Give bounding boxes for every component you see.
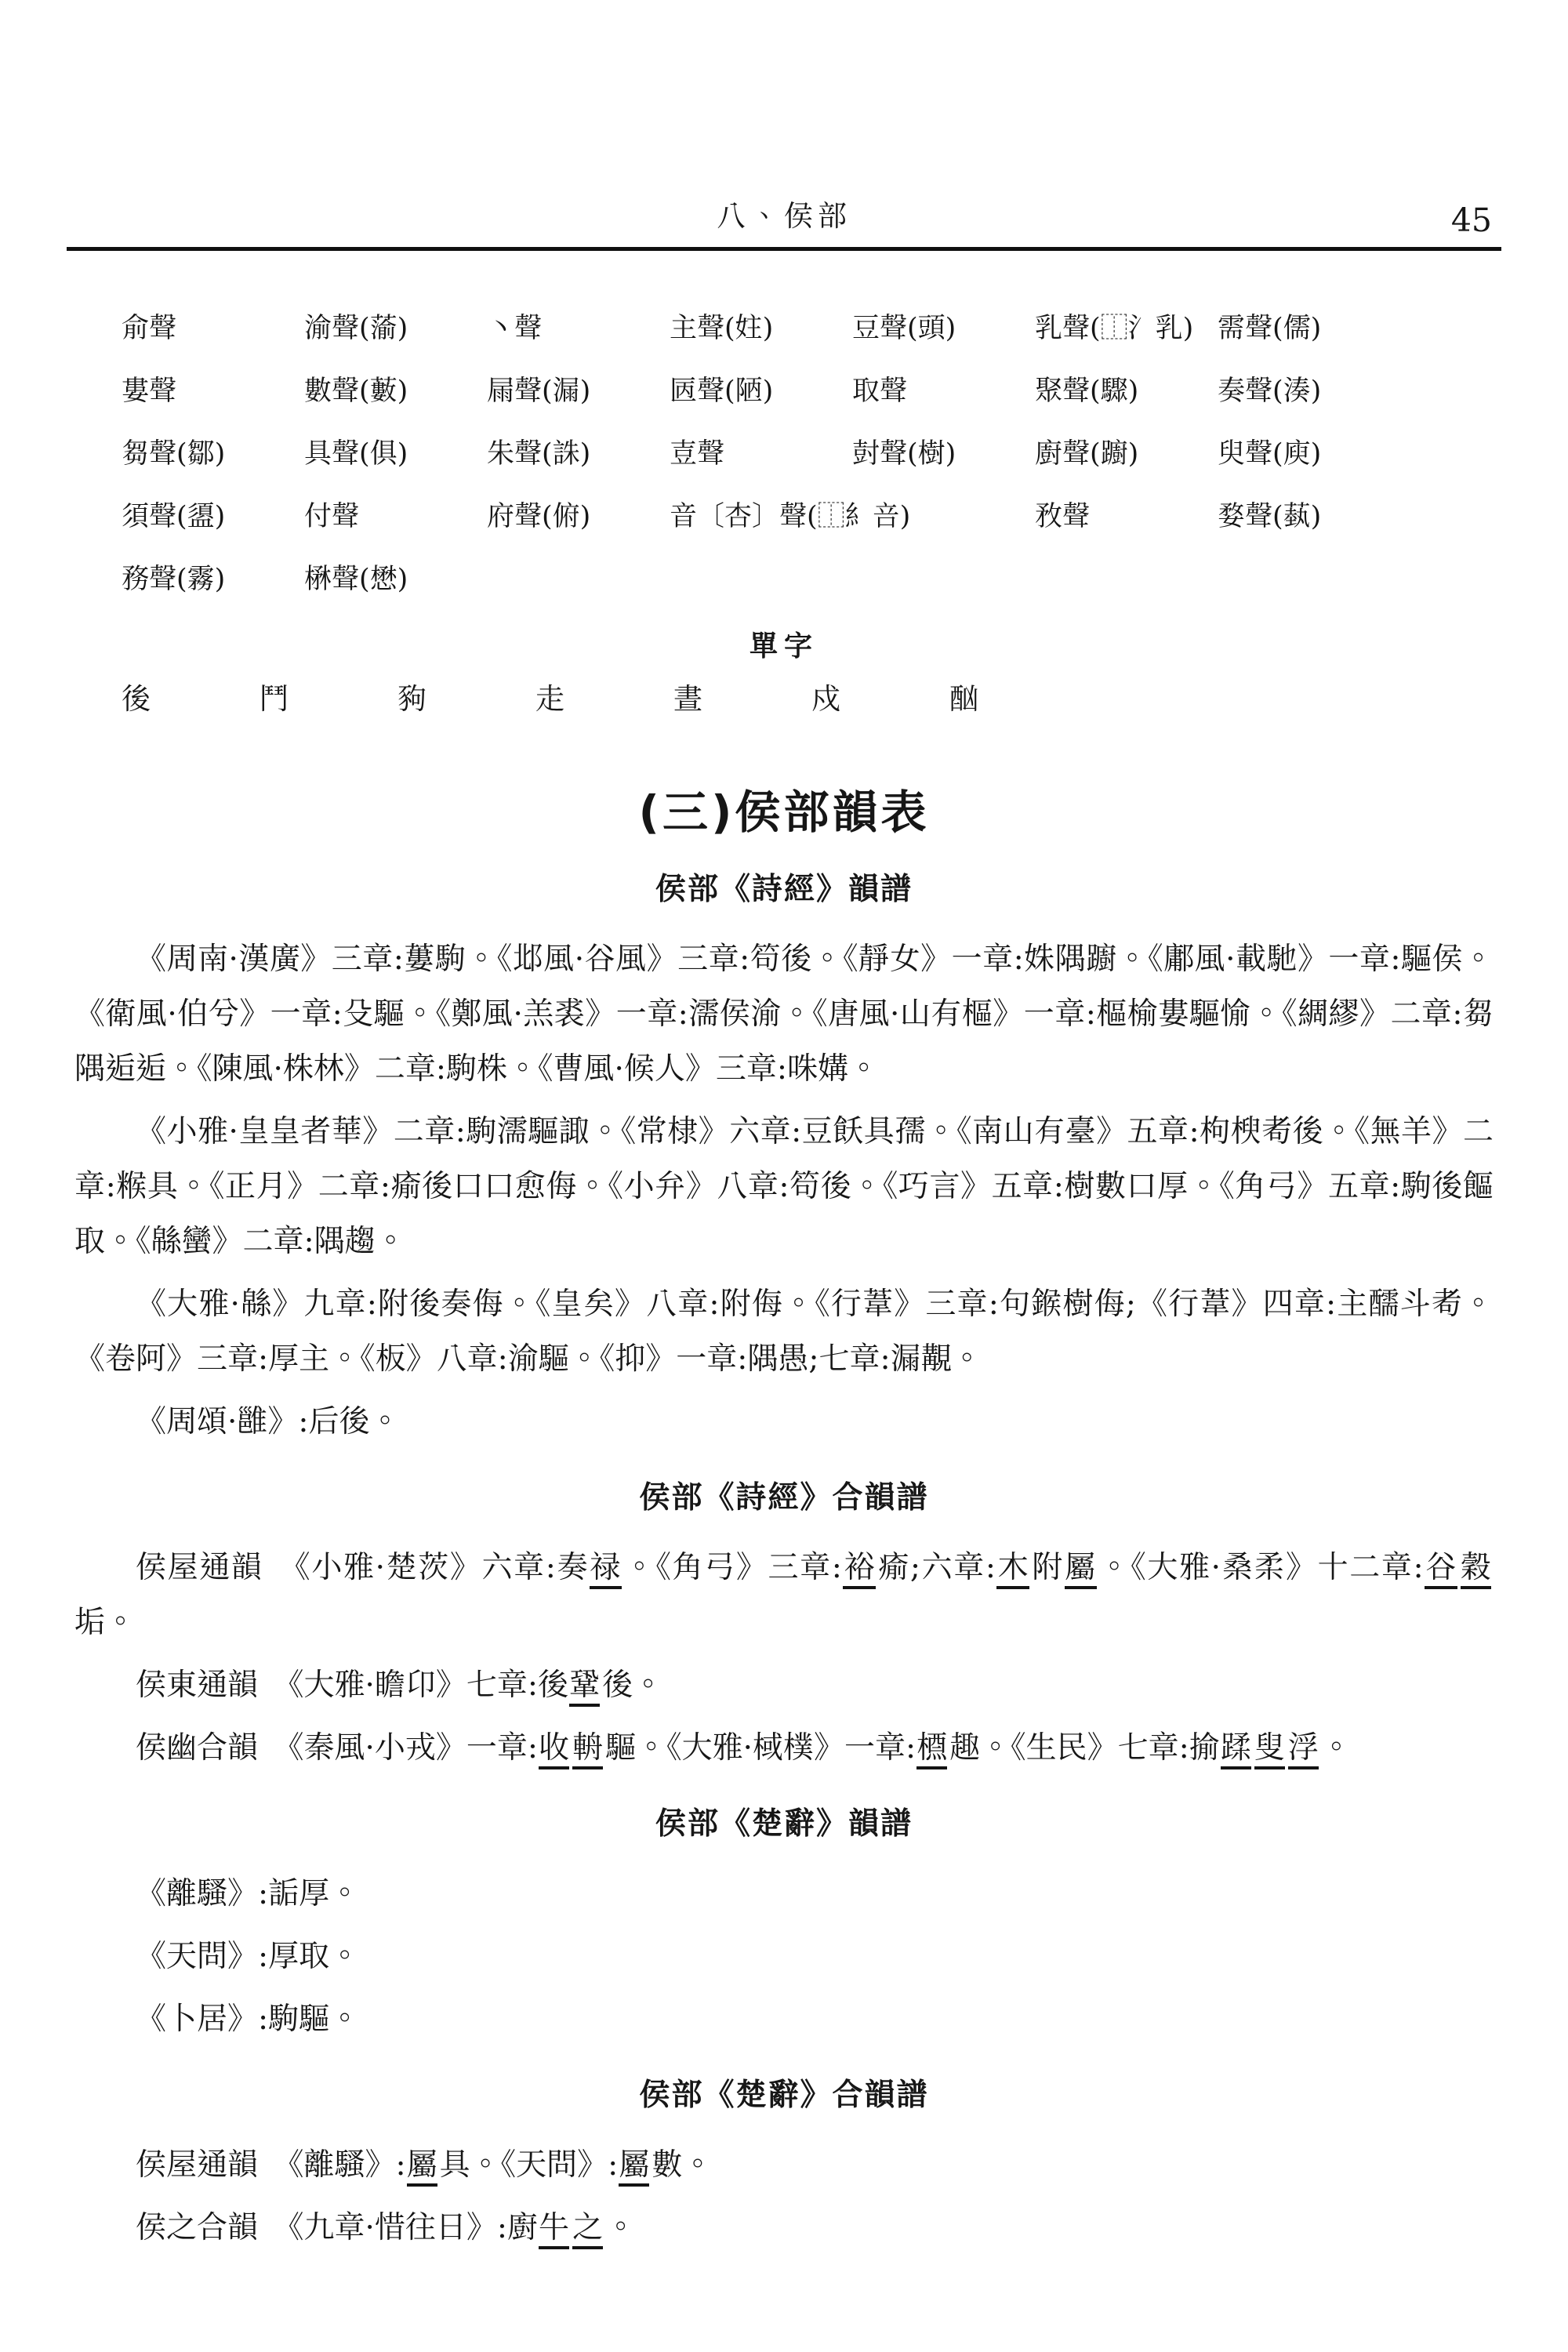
sheng-cell: 壴聲: [670, 432, 852, 471]
sheng-cell: 婺聲(蓺): [1218, 495, 1400, 534]
underlined-rhyme-word: 鞏: [569, 1668, 600, 1707]
running-title: 八、侯部: [717, 192, 851, 247]
rhyme-paragraph: 侯屋通韻 《小雅·楚茨》六章:奏禄。《角弓》三章:裕瘉;六章:木附屬。《大雅·桑…: [74, 1541, 1494, 1650]
sheng-cell: 取聲: [852, 369, 1035, 408]
sheng-cell: 府聲(俯): [487, 495, 670, 534]
phonetic-series-table: 俞聲渝聲(蕍)丶聲主聲(妵)豆聲(頭)乳聲(⿰氵乳)需聲(儒)婁聲數聲(藪)屚聲…: [74, 295, 1494, 608]
sheng-cell: 丶聲: [487, 307, 670, 346]
underlined-rhyme-word: 浮: [1288, 1730, 1319, 1769]
underlined-rhyme-word: 屬: [619, 2147, 649, 2187]
subsection-heading: 侯部《詩經》韻譜: [74, 865, 1494, 909]
book-page: 八、侯部 45 俞聲渝聲(蕍)丶聲主聲(妵)豆聲(頭)乳聲(⿰氵乳)需聲(儒)婁…: [0, 0, 1568, 2352]
sheng-cell: 渝聲(蕍): [304, 307, 487, 346]
sheng-cell: 楙聲(懋): [304, 557, 487, 597]
single-char: 晝: [673, 675, 811, 717]
single-char: 戍: [811, 675, 949, 717]
sheng-row: 婁聲數聲(藪)屚聲(漏)㔷聲(陋)取聲聚聲(驟)奏聲(湊): [122, 358, 1494, 420]
underlined-rhyme-word: 穀: [1461, 1550, 1491, 1589]
sheng-row: 須聲(盨)付聲府聲(俯)音〔杏〕聲(⿰糹咅)敄聲婺聲(蓺): [122, 483, 1494, 546]
subsection-heading: 侯部《楚辭》韻譜: [74, 1799, 1494, 1843]
single-char: 酗: [949, 675, 1087, 717]
sheng-cell: 須聲(盨): [122, 495, 304, 534]
rhyme-paragraph: 侯東通韻 《大雅·瞻卬》七章:後鞏後。: [74, 1658, 1494, 1713]
underlined-rhyme-word: 輈: [572, 1730, 603, 1769]
single-char: 走: [535, 675, 673, 717]
sheng-cell: 屚聲(漏): [487, 369, 670, 408]
sheng-row: 務聲(霧)楙聲(懋): [122, 546, 1494, 608]
sheng-row: 芻聲(鄒)具聲(俱)朱聲(誅)壴聲尌聲(樹)廚聲(躕)臾聲(庾): [122, 420, 1494, 483]
rhyme-paragraph: 《大雅·緜》九章:附後奏侮。《皇矣》八章:附侮。《行葦》三章:句鍭樹侮;《行葦》…: [74, 1277, 1494, 1387]
sheng-cell: 㔷聲(陋): [670, 369, 852, 408]
sheng-cell: 奏聲(湊): [1218, 369, 1400, 408]
single-char: 後: [122, 675, 260, 717]
underlined-rhyme-word: 屬: [407, 2147, 437, 2187]
underlined-rhyme-word: 叟: [1254, 1730, 1285, 1769]
sheng-cell: 具聲(俱): [304, 432, 487, 471]
underlined-rhyme-word: 屬: [1065, 1550, 1097, 1589]
underlined-rhyme-word: 禄: [590, 1550, 622, 1589]
sheng-cell: 芻聲(鄒): [122, 432, 304, 471]
single-chars-row: 後鬥豞走晝戍酗: [74, 669, 1494, 724]
rhyme-paragraph: 《周南·漢廣》三章:蔞駒。《邶風·谷風》三章:笱後。《靜女》一章:姝隅躕。《鄘風…: [74, 932, 1494, 1097]
single-char: 豞: [397, 675, 535, 717]
sheng-cell: 主聲(妵): [670, 307, 852, 346]
underlined-rhyme-word: 牛: [539, 2210, 569, 2249]
rhyme-paragraph: 侯幽合韻 《秦風·小戎》一章:收輈驅。《大雅·棫樸》一章:槱趣。《生民》七章:揄…: [74, 1721, 1494, 1776]
rhyme-paragraph: 《離騷》:詬厚。: [74, 1867, 1494, 1922]
subsection-heading: 侯部《詩經》合韻譜: [74, 1473, 1494, 1517]
underlined-rhyme-word: 蹂: [1221, 1730, 1251, 1769]
underlined-rhyme-word: 谷: [1425, 1550, 1457, 1589]
sheng-cell: 付聲: [304, 495, 487, 534]
page-header: 八、侯部 45: [67, 0, 1501, 251]
sheng-cell: 需聲(儒): [1218, 307, 1400, 346]
sheng-cell: 婁聲: [122, 369, 304, 408]
sheng-cell: 俞聲: [122, 307, 304, 346]
subsection-heading: 侯部《楚辭》合韻譜: [74, 2071, 1494, 2114]
sheng-cell: 務聲(霧): [122, 557, 304, 597]
section-title: (三)侯部韻表: [74, 775, 1494, 841]
rhyme-paragraph: 《天問》:厚取。: [74, 1929, 1494, 1984]
page-number: 45: [1451, 201, 1492, 239]
single-chars-heading: 單字: [74, 624, 1494, 664]
rhyme-paragraph: 侯之合韻 《九章·惜往日》:廚牛之。: [74, 2201, 1494, 2256]
sheng-cell: 尌聲(樹): [852, 432, 1035, 471]
underlined-rhyme-word: 木: [996, 1550, 1029, 1589]
sheng-cell: 朱聲(誅): [487, 432, 670, 471]
rhyme-paragraph: 《卜居》:駒驅。: [74, 1992, 1494, 2047]
sheng-cell: 敄聲: [1035, 495, 1218, 534]
rhyme-tables: 侯部《詩經》韻譜《周南·漢廣》三章:蔞駒。《邶風·谷風》三章:笱後。《靜女》一章…: [74, 865, 1494, 2256]
rhyme-paragraph: 《小雅·皇皇者華》二章:駒濡驅諏。《常棣》六章:豆飫具孺。《南山有臺》五章:枸楰…: [74, 1105, 1494, 1269]
underlined-rhyme-word: 之: [572, 2210, 603, 2249]
rhyme-paragraph: 侯屋通韻 《離騷》:屬具。《天問》:屬數。: [74, 2138, 1494, 2193]
page-body: 俞聲渝聲(蕍)丶聲主聲(妵)豆聲(頭)乳聲(⿰氵乳)需聲(儒)婁聲數聲(藪)屚聲…: [0, 295, 1568, 2256]
sheng-cell: 音〔杏〕聲(⿰糹咅): [670, 495, 1035, 534]
sheng-cell: 豆聲(頭): [852, 307, 1035, 346]
sheng-cell: 臾聲(庾): [1218, 432, 1400, 471]
underlined-rhyme-word: 收: [539, 1730, 569, 1769]
sheng-row: 俞聲渝聲(蕍)丶聲主聲(妵)豆聲(頭)乳聲(⿰氵乳)需聲(儒): [122, 295, 1494, 358]
sheng-cell: 廚聲(躕): [1035, 432, 1218, 471]
single-char: 鬥: [260, 675, 397, 717]
sheng-cell: 聚聲(驟): [1035, 369, 1218, 408]
sheng-cell: 數聲(藪): [304, 369, 487, 408]
underlined-rhyme-word: 裕: [843, 1550, 876, 1589]
underlined-rhyme-word: 槱: [916, 1730, 947, 1769]
sheng-cell: 乳聲(⿰氵乳): [1035, 307, 1218, 346]
rhyme-paragraph: 《周頌·雝》:后後。: [74, 1395, 1494, 1450]
